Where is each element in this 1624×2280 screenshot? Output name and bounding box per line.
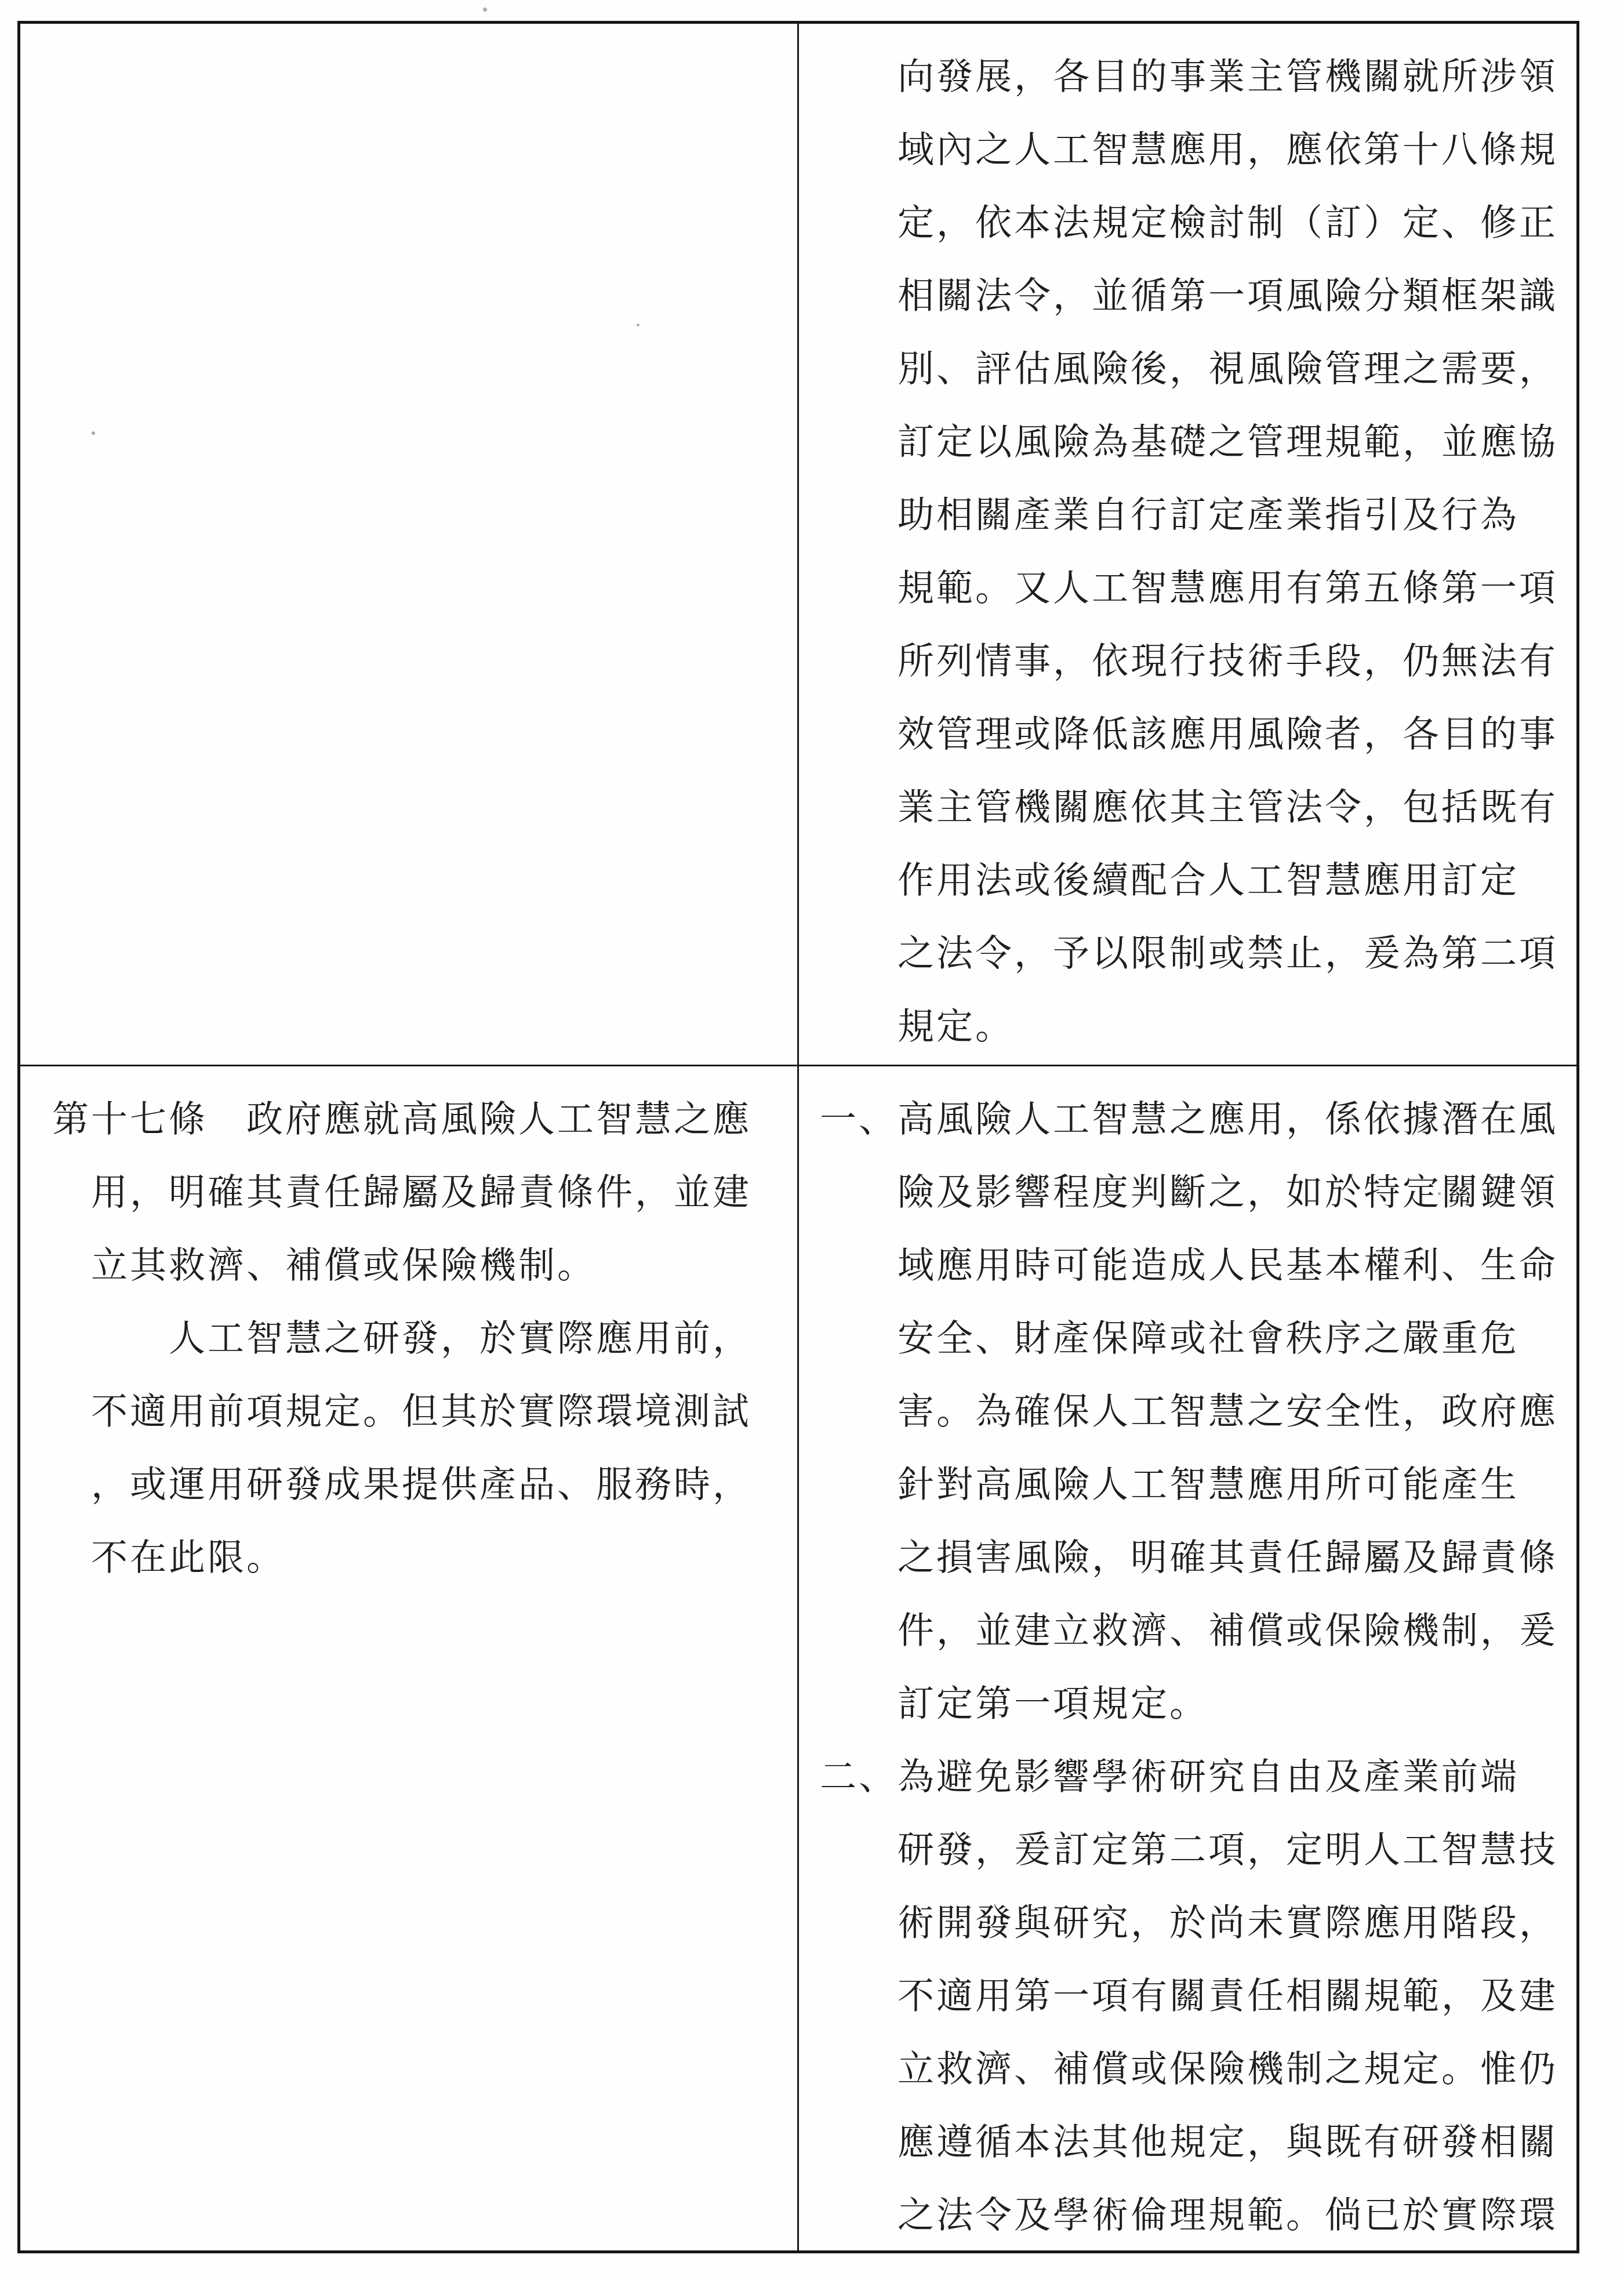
text-line: 定，依本法規定檢討制（訂）定、修正 [820, 186, 1591, 259]
text-line: 助相關產業自行訂定產業指引及行為 [820, 478, 1591, 551]
text-line: 不在此限。 [52, 1521, 829, 1594]
text-line: 別、評估風險後，視風險管理之需要， [820, 332, 1591, 405]
text-line: 安全、財產保障或社會秩序之嚴重危 [820, 1302, 1591, 1375]
text-line: 不適用第一項有關責任相關規範，及建 [820, 1959, 1591, 2032]
text-line: 相關法令，並循第一項風險分類框架識 [820, 259, 1591, 332]
text-line: 人工智慧之研發，於實際應用前， [52, 1302, 829, 1375]
text-line: 作用法或後續配合人工智慧應用訂定 [820, 844, 1591, 917]
column-divider [797, 24, 799, 2250]
text-line: 之法令及學術倫理規範。倘已於實際環 [820, 2179, 1591, 2252]
text-line: 訂定第一項規定。 [820, 1667, 1591, 1740]
text-line: 規範。又人工智慧應用有第五條第一項 [820, 551, 1591, 625]
text-line: 訂定以風險為基礎之管理規範，並應協 [820, 405, 1591, 478]
text-line: 之損害風險，明確其責任歸屬及歸責條 [820, 1521, 1591, 1594]
cell-explanation-row2: 一、高風險人工智慧之應用，係依據潛在風險及影響程度判斷之，如於特定關鍵領域應用時… [799, 1066, 1591, 2261]
cell-article-row2: 第十七條 政府應就高風險人工智慧之應用，明確其責任歸屬及歸責條件，並建立其救濟、… [20, 1066, 829, 2261]
text-line: 域內之人工智慧應用，應依第十八條規 [820, 113, 1591, 186]
comparison-table: 向發展，各目的事業主管機關就所涉領域內之人工智慧應用，應依第十八條規定，依本法規… [17, 21, 1579, 2253]
cell-explanation-row1: 向發展，各目的事業主管機關就所涉領域內之人工智慧應用，應依第十八條規定，依本法規… [799, 24, 1591, 1081]
text-line: 向發展，各目的事業主管機關就所涉領 [820, 40, 1591, 113]
document-page: 向發展，各目的事業主管機關就所涉領域內之人工智慧應用，應依第十八條規定，依本法規… [0, 0, 1624, 2280]
text-line: 第十七條 政府應就高風險人工智慧之應 [52, 1083, 829, 1156]
text-line: 域應用時可能造成人民基本權利、生命 [820, 1229, 1591, 1302]
text-line: 件，並建立救濟、補償或保險機制，爰 [820, 1594, 1591, 1667]
text-line: 害。為確保人工智慧之安全性，政府應 [820, 1375, 1591, 1448]
text-line: 所列情事，依現行技術手段，仍無法有 [820, 625, 1591, 698]
text-line: 一、高風險人工智慧之應用，係依據潛在風 [820, 1083, 1591, 1156]
cell-article-row1-empty [20, 24, 829, 1081]
text-line: 術開發與研究，於尚未實際應用階段， [820, 1886, 1591, 1959]
text-line: 業主管機關應依其主管法令，包括既有 [820, 771, 1591, 844]
text-line: 立其救濟、補償或保險機制。 [52, 1229, 829, 1302]
text-line: 不適用前項規定。但其於實際環境測試 [52, 1375, 829, 1448]
text-line: 用，明確其責任歸屬及歸責條件，並建 [52, 1156, 829, 1229]
text-line: 險及影響程度判斷之，如於特定關鍵領 [820, 1156, 1591, 1229]
scan-speck [483, 8, 487, 12]
text-line: 研發，爰訂定第二項，定明人工智慧技 [820, 1813, 1591, 1886]
text-line: 效管理或降低該應用風險者，各目的事 [820, 698, 1591, 771]
text-line: ，或運用研發成果提供產品、服務時， [52, 1448, 829, 1521]
text-line: 規定。 [820, 990, 1591, 1063]
text-line: 立救濟、補償或保險機制之規定。惟仍 [820, 2032, 1591, 2105]
text-line: 二、為避免影響學術研究自由及產業前端 [820, 1740, 1591, 1813]
text-line: 針對高風險人工智慧應用所可能產生 [820, 1448, 1591, 1521]
text-line: 之法令，予以限制或禁止，爰為第二項 [820, 917, 1591, 990]
row-divider [20, 1065, 1576, 1066]
text-line: 應遵循本法其他規定，與既有研發相關 [820, 2105, 1591, 2179]
